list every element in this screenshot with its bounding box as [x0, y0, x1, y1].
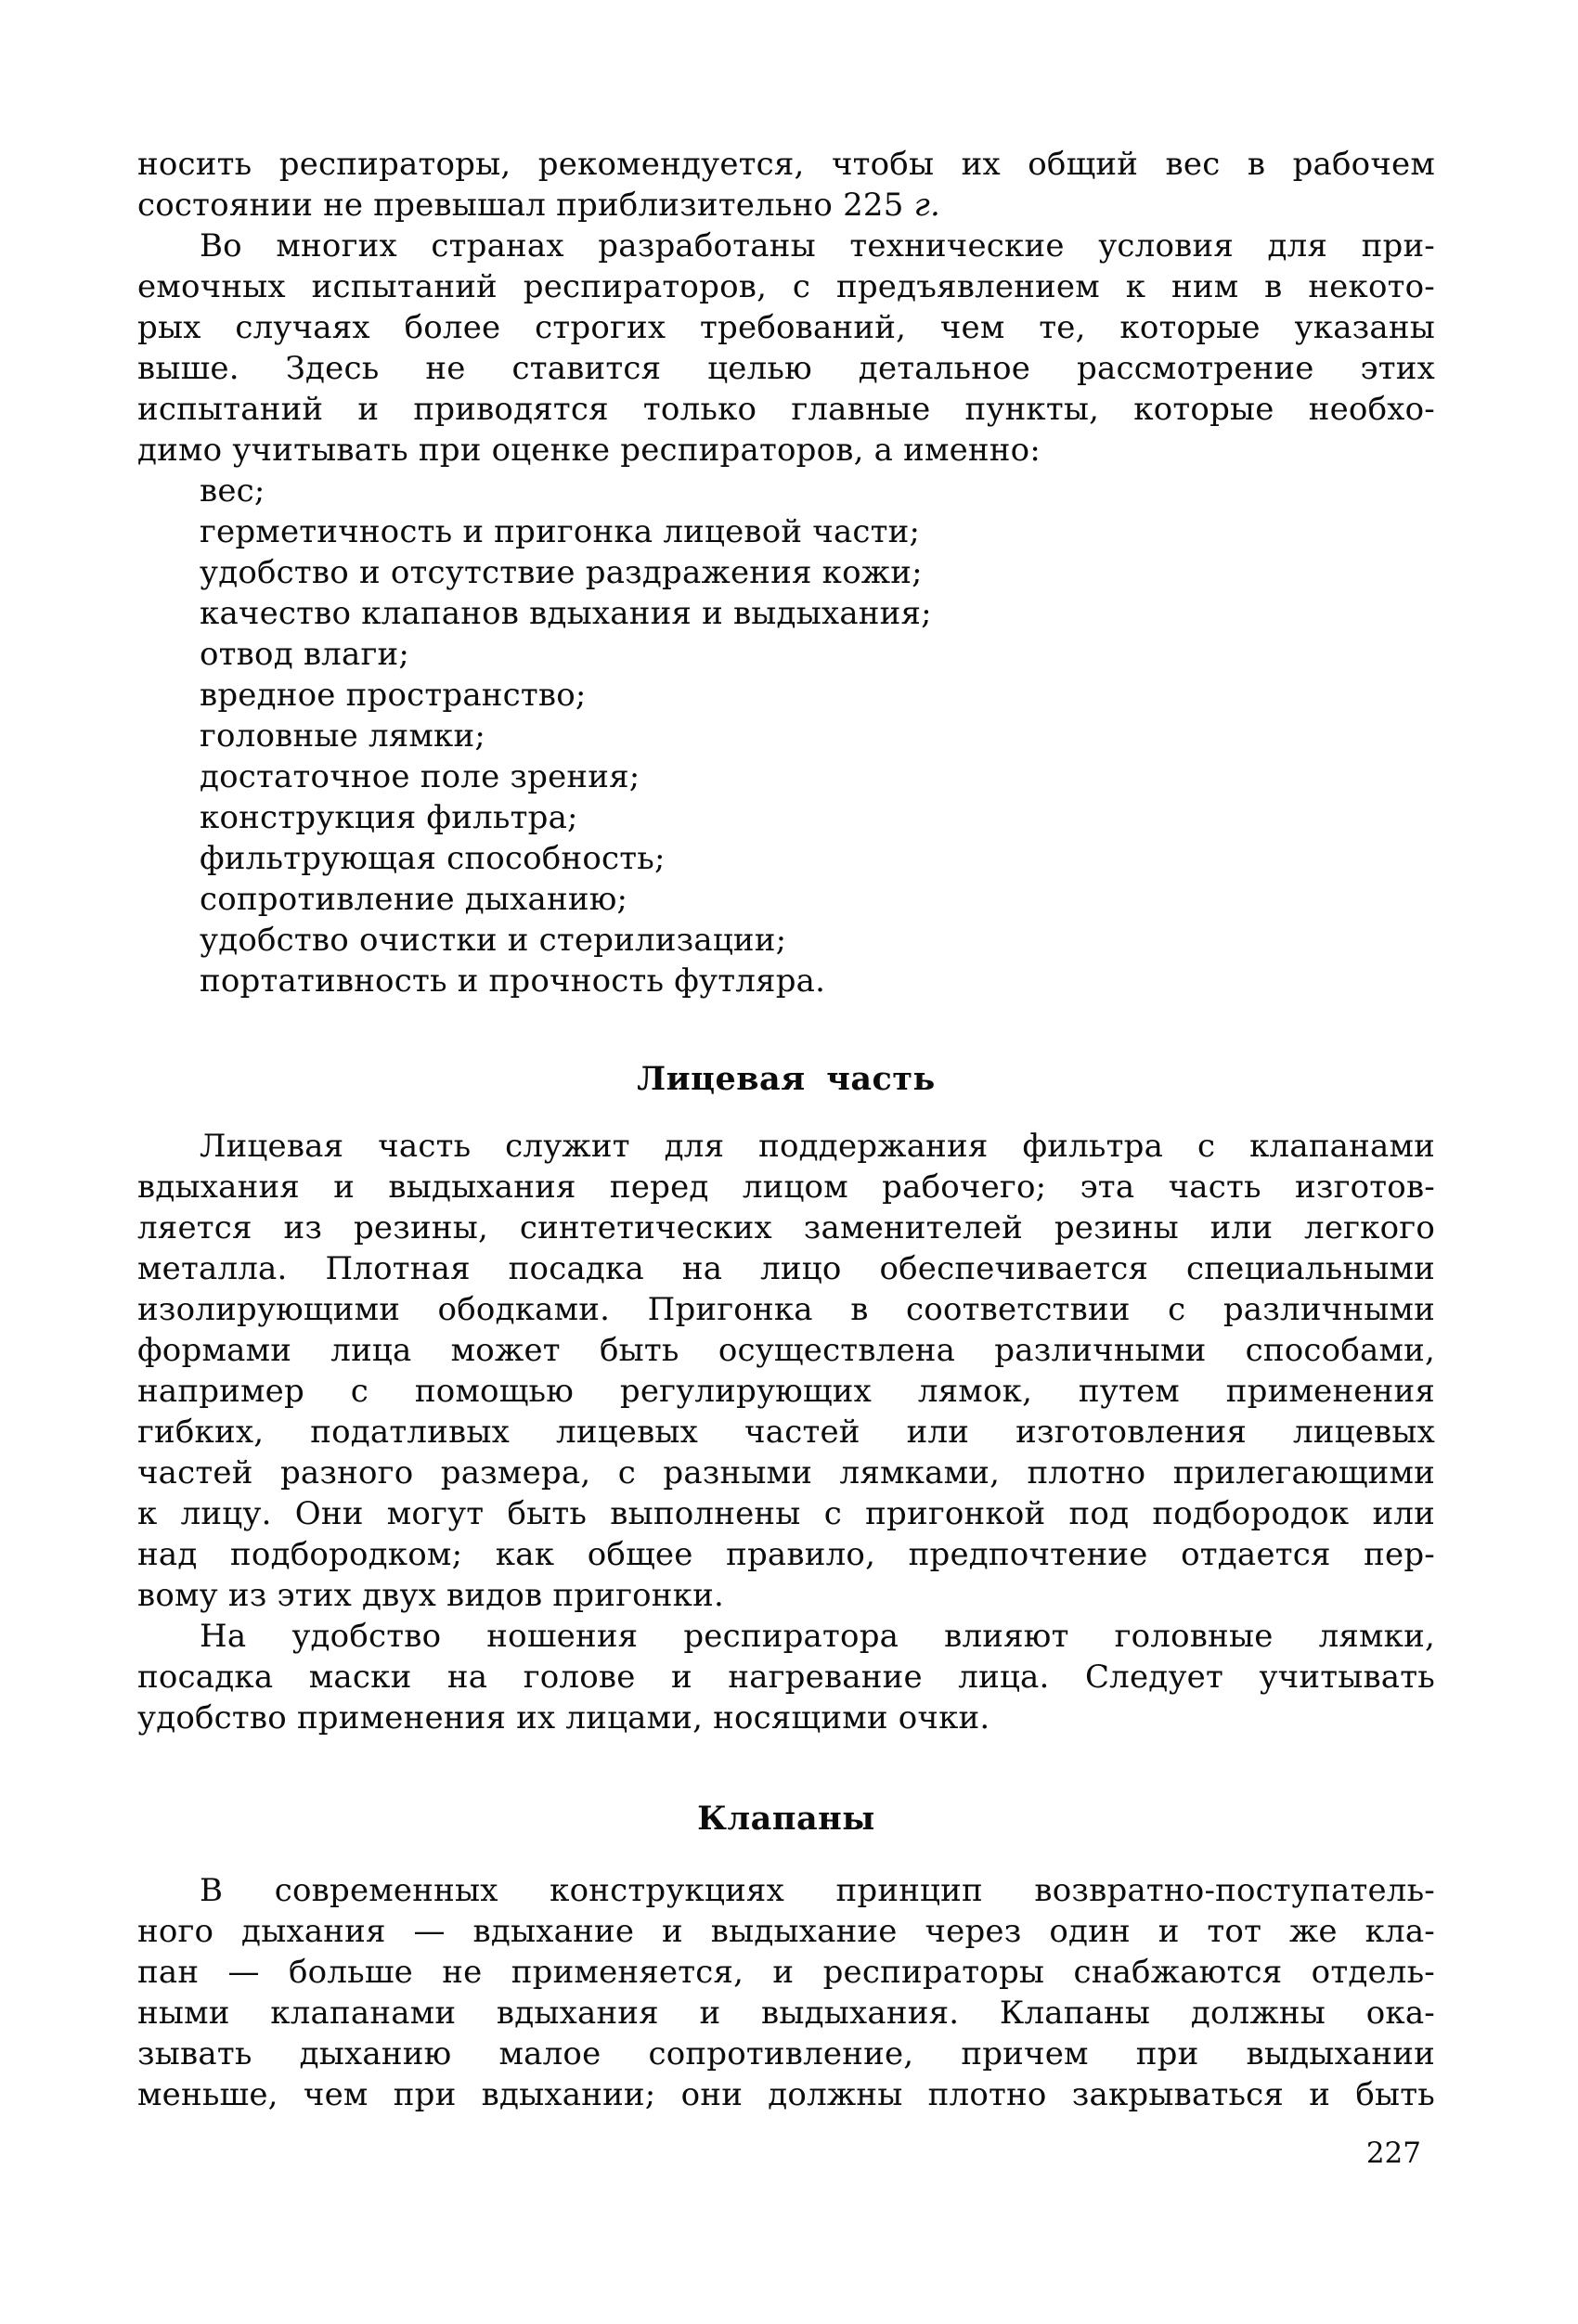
text-line: Во многих странах разработаны технически…: [137, 226, 1435, 266]
text-line: Лицевая часть служит для поддержания фил…: [137, 1126, 1435, 1167]
text-line: удобство очистки и стерилизации;: [137, 920, 1435, 961]
paragraph-valves: В современных конструкциях принцип возвр…: [137, 1870, 1435, 2115]
text-line: емочных испытаний респираторов, с предъя…: [137, 266, 1435, 307]
text-line: димо учитывать при оценке респираторов, …: [137, 430, 1435, 471]
requirements-list: вес;герметичность и пригонка лицевой час…: [137, 471, 1435, 1001]
text-line: выше. Здесь не ставится целью детальное …: [137, 348, 1435, 389]
text-line: конструкция фильтра;: [137, 797, 1435, 838]
text-line: пан — больше не применяется, и респирато…: [137, 1952, 1435, 1993]
heading-valves: Клапаны: [137, 1799, 1435, 1840]
text-line: меньше, чем при вдыхании; они должны пло…: [137, 2074, 1435, 2115]
text-line: посадка маски на голове и нагревание лиц…: [137, 1657, 1435, 1698]
text-line: изолирующими ободками. Пригонка в соотве…: [137, 1289, 1435, 1330]
text-line: герметичность и пригонка лицевой части;: [137, 511, 1435, 552]
text-line: В современных конструкциях принцип возвр…: [137, 1870, 1435, 1911]
book-page: носить респираторы, рекомендуется, чтобы…: [0, 0, 1578, 2324]
text-line: сопротивление дыханию;: [137, 879, 1435, 920]
text-line: головные лямки;: [137, 716, 1435, 756]
text-line: ного дыхания — вдыхание и выдыхание чере…: [137, 1911, 1435, 1952]
text-line: ными клапанами вдыхания и выдыхания. Кла…: [137, 1993, 1435, 2033]
text-line: качество клапанов вдыхания и выдыхания;: [137, 593, 1435, 634]
text-line: к лицу. Они могут быть выполнены с приго…: [137, 1493, 1435, 1534]
text-line: вдыхания и выдыхания перед лицом рабочег…: [137, 1167, 1435, 1207]
text-line: вому из этих двух видов пригонки.: [137, 1575, 1435, 1616]
text-line: удобство и отсутствие раздражения кожи;: [137, 552, 1435, 593]
text-line: фильтрующая способность;: [137, 838, 1435, 879]
text-line: металла. Плотная посадка на лицо обеспеч…: [137, 1248, 1435, 1289]
text-line: достаточное поле зрения;: [137, 756, 1435, 797]
face-part-section: Лицевая часть служит для поддержания фил…: [137, 1126, 1435, 1738]
heading-face-part: Лицевая часть: [137, 1059, 1435, 1100]
paragraph-standards: Во многих странах разработаны технически…: [137, 226, 1435, 471]
text-line: зывать дыханию малое сопротивление, прич…: [137, 2033, 1435, 2074]
text-line: например с помощью регулирующих лямок, п…: [137, 1371, 1435, 1412]
text-line: над подбородком; как общее правило, пред…: [137, 1534, 1435, 1575]
text-line: ляется из резины, синтетических замените…: [137, 1207, 1435, 1248]
paragraph-face-part: Лицевая часть служит для поддержания фил…: [137, 1126, 1435, 1616]
text-line: отвод влаги;: [137, 634, 1435, 675]
text-line: портативность и прочность футляра.: [137, 961, 1435, 1001]
text-line: На удобство ношения респиратора влияют г…: [137, 1616, 1435, 1657]
text-line: вредное пространство;: [137, 675, 1435, 716]
page-number: 227: [137, 2133, 1421, 2174]
text-line: испытаний и приводятся только главные пу…: [137, 389, 1435, 430]
text-line: вес;: [137, 471, 1435, 511]
top-text-block: носить респираторы, рекомендуется, чтобы…: [137, 144, 1435, 1001]
text-line: удобство применения их лицами, носящими …: [137, 1698, 1435, 1738]
text-line: гибких, податливых лицевых частей или из…: [137, 1412, 1435, 1452]
text-line: состоянии не превышал приблизительно 225…: [137, 185, 1435, 226]
text-line: формами лица может быть осуществлена раз…: [137, 1330, 1435, 1371]
text-line: частей разного размера, с разными лямкам…: [137, 1452, 1435, 1493]
text-line: носить респираторы, рекомендуется, чтобы…: [137, 144, 1435, 185]
valves-section: В современных конструкциях принцип возвр…: [137, 1870, 1435, 2115]
paragraph-comfort: На удобство ношения респиратора влияют г…: [137, 1616, 1435, 1738]
text-line: рых случаях более строгих требований, че…: [137, 307, 1435, 348]
paragraph-intro: носить респираторы, рекомендуется, чтобы…: [137, 144, 1435, 226]
